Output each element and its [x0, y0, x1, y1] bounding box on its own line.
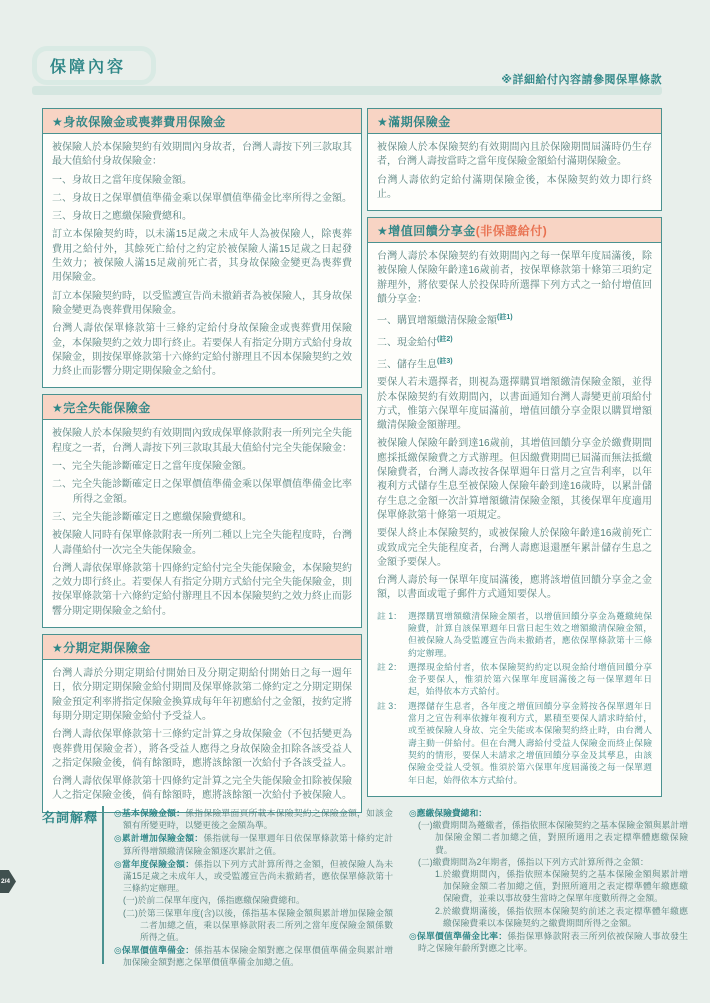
glossary-term: ◎累計增加保險金額：	[114, 833, 203, 843]
section-header: ★滿期保險金	[368, 109, 661, 134]
glossary-left-column: ◎基本保險金額：係指保險單面頁所載本保險契約之保險金額，如該金額有所變更時，以變…	[114, 807, 393, 970]
footnote-text: 選擇購買增額繳清保險金額者，以增值回饋分享金為躉繳純保險費，計算自該保單週年日當…	[408, 610, 652, 659]
glossary-entry: ◎當年度保險金額：係指以下列方式計算所得之金額，但被保險人為未滿15足歲之未成年…	[114, 858, 393, 943]
glossary-entry: ◎累計增加保險金額：係指就每一保單週年日依保單條款第十條約定計算所得增額繳清保險…	[114, 832, 393, 856]
glossary-entry: ◎基本保險金額：係指保險單面頁所載本保險契約之保險金額，如該金額有所變更時，以變…	[114, 807, 393, 831]
section-title: ★增值回饋分享金	[377, 224, 476, 238]
glossary-entry-line: ◎當年度保險金額：係指以下列方式計算所得之金額，但被保險人為未滿15足歲之未成年…	[123, 858, 393, 895]
main-content: ★身故保險金或喪葬費用保險金 被保險人於本保險契約有效期間內身故者，台灣人壽按下…	[42, 108, 662, 819]
section-header: ★增值回饋分享金(非保證給付)	[368, 218, 661, 243]
paragraph: 訂立本保險契約時，以未滿15足歲之未成年人為被保險人，除喪葬費用之給付外，其餘死…	[52, 228, 352, 285]
glossary-columns: ◎基本保險金額：係指保險單面頁所載本保險契約之保險金額，如該金額有所變更時，以變…	[114, 800, 688, 970]
list-item: 二、身故日之保單價值準備金乘以保單價值準備金比率所得之金額。	[52, 192, 352, 206]
glossary-subitem: (二)於第三保單年度(含)以後，係指基本保險金額與累計增加保險金額二者加總之值，…	[123, 907, 393, 944]
paragraph: 台灣人壽於本保險契約有效期間內之每一保單年度屆滿後，除被保險人保險年齡達16歲前…	[377, 250, 652, 307]
list-item: 二、現金給付(註2)	[377, 333, 652, 351]
section-value-sharing-bonus: ★增值回饋分享金(非保證給付) 台灣人壽於本保險契約有效期間內之每一保單年度屆滿…	[367, 217, 662, 797]
glossary-entry-line: ◎應繳保險費總和：	[418, 807, 688, 819]
glossary-section: 名詞解釋 ◎基本保險金額：係指保險單面頁所載本保險契約之保險金額，如該金額有所變…	[42, 800, 688, 970]
left-column: ★身故保險金或喪葬費用保險金 被保險人於本保險契約有效期間內身故者，台灣人壽按下…	[42, 108, 362, 819]
section-installment-benefit: ★分期定期保險金 台灣人壽於分期定期給付開始日及分期定期給付開始日之每一週年日，…	[42, 634, 362, 813]
note-ref: (註2)	[437, 336, 453, 343]
document-page: 保障內容 ※詳細給付內容請參閱保單條款 ★身故保險金或喪葬費用保險金 被保險人於…	[0, 0, 710, 1003]
footnote: 註 1： 選擇購買增額繳清保險金額者，以增值回饋分享金為躉繳純保險費，計算自該保…	[377, 610, 652, 659]
paragraph: 訂立本保險契約時，以受監護宣告尚未撤銷者為被保險人，其身故保險金變更為喪葬費用保…	[52, 290, 352, 319]
section-death-benefit: ★身故保險金或喪葬費用保險金 被保險人於本保險契約有效期間內身故者，台灣人壽按下…	[42, 108, 362, 388]
list-item: 三、完全失能診斷確定日之應繳保險費總和。	[52, 511, 352, 525]
page-number-badge: 2/4	[0, 870, 16, 893]
glossary-term: ◎基本保險金額：	[114, 808, 185, 818]
page-number: 2/4	[1, 878, 10, 885]
section-header: ★身故保險金或喪葬費用保險金	[43, 109, 361, 134]
glossary-entry: ◎保單價值準備金：係指基本保險金額對應之保單價值準備金與累計增加保險金額對應之保…	[114, 944, 393, 968]
footnote: 註 3： 選擇儲存生息者，各年度之增值回饋分享金將按各保單週年日當月之宣告利率依…	[377, 700, 652, 786]
paragraph: 要保人若未選擇者，則視為選擇購買增額繳清保險金額，並得於本保險契約有效期間內，以…	[377, 376, 652, 433]
glossary-heading: 名詞解釋	[42, 800, 102, 970]
page-title-pill: 保障內容	[32, 46, 156, 85]
section-body: 被保險人於本保險契約有效期間內身故者，台灣人壽按下列三款取其最大值給付身故保險金…	[43, 134, 361, 387]
note-ref: (註3)	[437, 358, 453, 365]
section-maturity-benefit: ★滿期保險金 被保險人於本保險契約有效期間內且於保險期間屆滿時仍生存者，台灣人壽…	[367, 108, 662, 211]
glossary-entry: ◎保單價值準備金比率：係指保單條款附表三所列依被保險人事故發生時之保險年齡所對應…	[409, 930, 688, 954]
paragraph: 被保險人保險年齡到達16歲前，其增值回饋分享金於繳費期間應採抵繳保險費之方式辦理…	[377, 437, 652, 523]
glossary-term: ◎保單價值準備金比率：	[409, 931, 507, 941]
paragraph: 被保險人於本保險契約有效期間內致成保單條款附表一所列完全失能程度之一者，台灣人壽…	[52, 427, 352, 456]
paragraph: 台灣人壽依保單條款第十三條約定給付身故保險金或喪葬費用保險金，本保險契約之效力即…	[52, 322, 352, 379]
section-title-suffix: (非保證給付)	[476, 224, 548, 238]
section-body: 被保險人於本保險契約有效期間內致成保單條款附表一所列完全失能程度之一者，台灣人壽…	[43, 420, 361, 627]
paragraph: 台灣人壽於每一保單年度屆滿後，應將該增值回饋分享金之金額，以書面或電子郵件方式通…	[377, 574, 652, 603]
glossary-subitem: (一)繳費期間為躉繳者，係指依照本保險契約之基本保險金額與累計增加保險金額二者加…	[418, 819, 688, 856]
header-note: ※詳細給付內容請參閱保單條款	[501, 71, 662, 87]
glossary-entry: ◎應繳保險費總和： (一)繳費期間為躉繳者，係指依照本保險契約之基本保險金額與累…	[409, 807, 688, 929]
list-item: 一、身故日之當年度保險金額。	[52, 174, 352, 188]
footnotes: 註 1： 選擇購買增額繳清保險金額者，以增值回饋分享金為躉繳純保險費，計算自該保…	[377, 610, 652, 786]
section-body: 被保險人於本保險契約有效期間內且於保險期間屆滿時仍生存者，台灣人壽按當時之當年度…	[368, 134, 661, 210]
title-underline-bar	[32, 86, 662, 95]
section-header: ★分期定期保險金	[43, 635, 361, 660]
list-item-text: 一、購買增額繳清保險金額	[377, 316, 497, 327]
footnote-label: 註 1：	[377, 610, 408, 659]
list-item-text: 三、儲存生息	[377, 359, 437, 370]
section-body: 台灣人壽於分期定期給付開始日及分期定期給付開始日之每一週年日，依分期定期保險金給…	[43, 660, 361, 812]
page-title: 保障內容	[50, 54, 126, 77]
footnote-label: 註 3：	[377, 700, 408, 786]
glossary-subitem: (二)繳費期間為2年期者，係指以下列方式計算所得之金額：	[418, 856, 688, 868]
right-column: ★滿期保險金 被保險人於本保險契約有效期間內且於保險期間屆滿時仍生存者，台灣人壽…	[367, 108, 662, 819]
paragraph: 被保險人於本保險契約有效期間內且於保險期間屆滿時仍生存者，台灣人壽按當時之當年度…	[377, 141, 652, 170]
glossary-subitem: 1.於繳費期間內，係指依照本保險契約之基本保險金額與累計增加保險金額二者加總之值…	[418, 868, 688, 905]
list-item: 一、購買增額繳清保險金額(註1)	[377, 311, 652, 329]
paragraph: 台灣人壽於分期定期給付開始日及分期定期給付開始日之每一週年日，依分期定期保險金給…	[52, 667, 352, 724]
footnote: 註 2： 選擇現金給付者，依本保險契約約定以現金給付增值回饋分享金予要保人，惟須…	[377, 661, 652, 698]
section-header: ★完全失能保險金	[43, 395, 361, 420]
glossary-subitem: (一)於前二保單年度內，係指應繳保險費總和。	[123, 894, 393, 906]
glossary-entry-line: ◎保單價值準備金比率：係指保單條款附表三所列依被保險人事故發生時之保險年齡所對應…	[418, 930, 688, 954]
glossary-term: ◎應繳保險費總和：	[409, 808, 487, 818]
footnote-text: 選擇儲存生息者，各年度之增值回饋分享金將按各保單週年日當月之宣告利率依據年複利方…	[408, 700, 652, 786]
section-body: 台灣人壽於本保險契約有效期間內之每一保單年度屆滿後，除被保險人保險年齡達16歲前…	[368, 243, 661, 796]
footnote-text: 選擇現金給付者，依本保險契約約定以現金給付增值回饋分享金予要保人，惟須於第六保單…	[408, 661, 652, 698]
section-total-disability-benefit: ★完全失能保險金 被保險人於本保險契約有效期間內致成保單條款附表一所列完全失能程…	[42, 394, 362, 628]
glossary-entry-line: ◎累計增加保險金額：係指就每一保單週年日依保單條款第十條約定計算所得增額繳清保險…	[123, 832, 393, 856]
glossary-divider	[102, 806, 104, 964]
list-item: 二、完全失能診斷確定日之保單價值準備金乘以保單價值準備金比率所得之金額。	[52, 478, 352, 507]
paragraph: 台灣人壽依保單條款第十四條約定給付完全失能保險金，本保險契約之效力即行終止。若要…	[52, 562, 352, 619]
list-item: 一、完全失能診斷確定日之當年度保險金額。	[52, 460, 352, 474]
glossary-term: ◎保單價值準備金：	[114, 945, 194, 955]
list-item: 三、身故日之應繳保險費總和。	[52, 210, 352, 224]
glossary-entry-line: ◎基本保險金額：係指保險單面頁所載本保險契約之保險金額，如該金額有所變更時，以變…	[123, 807, 393, 831]
paragraph: 台灣人壽依約定給付滿期保險金後，本保險契約效力即行終止。	[377, 174, 652, 203]
list-item: 三、儲存生息(註3)	[377, 355, 652, 373]
glossary-right-column: ◎應繳保險費總和： (一)繳費期間為躉繳者，係指依照本保險契約之基本保險金額與累…	[409, 807, 688, 970]
note-ref: (註1)	[497, 314, 513, 321]
paragraph: 被保險人於本保險契約有效期間內身故者，台灣人壽按下列三款取其最大值給付身故保險金…	[52, 141, 352, 170]
paragraph: 台灣人壽依保單條款第十三條約定計算之身故保險金（不包括變更為喪葬費用保險金者），…	[52, 728, 352, 771]
footnote-label: 註 2：	[377, 661, 408, 698]
list-item-text: 二、現金給付	[377, 337, 437, 348]
glossary-term: ◎當年度保險金額：	[114, 859, 194, 869]
paragraph: 被保險人同時有保單條款附表一所列二種以上完全失能程度時，台灣人壽僅給付一次完全失…	[52, 529, 352, 558]
glossary-entry-line: ◎保單價值準備金：係指基本保險金額對應之保單價值準備金與累計增加保險金額對應之保…	[123, 944, 393, 968]
glossary-subitem: 2.於繳費期滿後，係指依照本保險契約前述之表定標準體年繳應繳保險費乘以本保險契約…	[418, 905, 688, 929]
paragraph: 要保人終止本保險契約，或被保險人於保險年齡達16歲前死亡或致成完全失能程度者，台…	[377, 527, 652, 570]
